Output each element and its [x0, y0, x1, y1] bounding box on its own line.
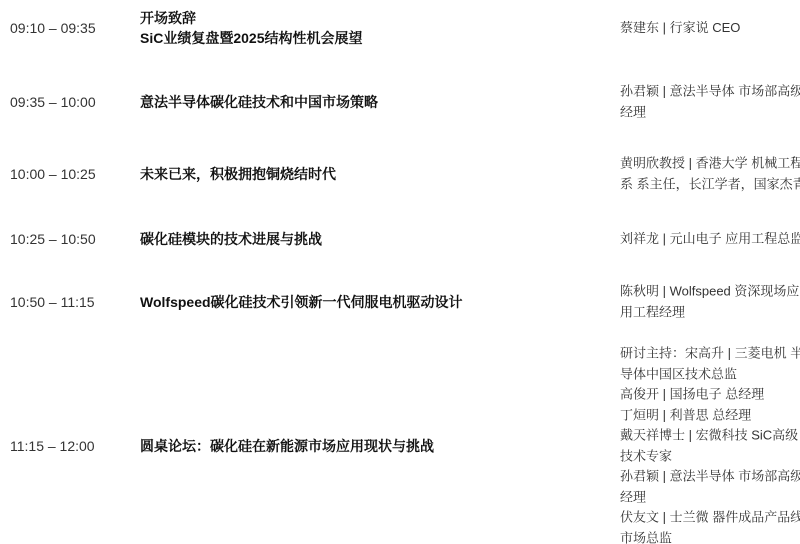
session-speaker: 黄明欣教授 | 香港大学 机械工程 系 系主任，长江学者，国家杰青: [620, 154, 800, 195]
session-speaker: 蔡建东 | 行家说 CEO: [620, 18, 800, 39]
speaker-line: 用工程经理: [620, 302, 800, 323]
speaker-line: 导体中国区技术总监: [620, 364, 800, 385]
speaker-line: 丁烜明 | 利普思 总经理: [620, 405, 800, 426]
session-time: 10:25 – 10:50: [10, 231, 96, 247]
speaker-line: 蔡建东 | 行家说 CEO: [620, 18, 800, 39]
speaker-line: 伏友文 | 士兰微 器件成品产品线: [620, 508, 800, 529]
session-title: 圆桌论坛：碳化硅在新能源市场应用现状与挑战: [140, 436, 434, 456]
speaker-line: 技术专家: [620, 446, 800, 467]
session-time: 10:00 – 10:25: [10, 166, 96, 182]
session-title: 未来已来，积极拥抱铜烧结时代: [140, 164, 336, 184]
session-time: 11:15 – 12:00: [10, 438, 95, 454]
session-title-line: SiC业绩复盘暨2025结构性机会展望: [140, 28, 362, 48]
speaker-line: 系 系主任，长江学者，国家杰青: [620, 174, 800, 195]
speaker-line: 刘祥龙 | 元山电子 应用工程总监: [620, 229, 800, 250]
session-speaker: 研讨主持：宋高升 | 三菱电机 半 导体中国区技术总监 高俊开 | 国扬电子 总…: [620, 344, 800, 544]
speaker-line: 孙君颖 | 意法半导体 市场部高级: [620, 82, 800, 103]
session-title-line: 未来已来，积极拥抱铜烧结时代: [140, 164, 336, 184]
speaker-line: 黄明欣教授 | 香港大学 机械工程: [620, 154, 800, 175]
speaker-line: 戴天祥博士 | 宏微科技 SiC高级: [620, 426, 800, 447]
session-title-line: Wolfspeed碳化硅技术引领新一代伺服电机驱动设计: [140, 292, 463, 312]
speaker-line: 孙君颖 | 意法半导体 市场部高级: [620, 467, 800, 488]
session-time: 09:35 – 10:00: [10, 94, 96, 110]
session-title: Wolfspeed碳化硅技术引领新一代伺服电机驱动设计: [140, 292, 463, 312]
speaker-line: 研讨主持：宋高升 | 三菱电机 半: [620, 344, 800, 365]
speaker-line: 市场总监: [620, 528, 800, 544]
session-speaker: 孙君颖 | 意法半导体 市场部高级 经理: [620, 82, 800, 123]
session-time: 10:50 – 11:15: [10, 294, 95, 310]
session-title: 碳化硅模块的技术进展与挑战: [140, 229, 322, 249]
speaker-line: 陈秋明 | Wolfspeed 资深现场应: [620, 282, 800, 303]
session-speaker: 刘祥龙 | 元山电子 应用工程总监: [620, 229, 800, 250]
session-title-line: 碳化硅模块的技术进展与挑战: [140, 229, 322, 249]
speaker-line: 高俊开 | 国扬电子 总经理: [620, 385, 800, 406]
session-title: 开场致辞 SiC业绩复盘暨2025结构性机会展望: [140, 8, 362, 48]
session-speaker: 陈秋明 | Wolfspeed 资深现场应 用工程经理: [620, 282, 800, 323]
session-title-line: 圆桌论坛：碳化硅在新能源市场应用现状与挑战: [140, 436, 434, 456]
session-title-line: 意法半导体碳化硅技术和中国市场策略: [140, 92, 378, 112]
speaker-line: 经理: [620, 102, 800, 123]
session-time: 09:10 – 09:35: [10, 20, 96, 36]
session-title: 意法半导体碳化硅技术和中国市场策略: [140, 92, 378, 112]
speaker-line: 经理: [620, 487, 800, 508]
session-title-line: 开场致辞: [140, 8, 362, 28]
